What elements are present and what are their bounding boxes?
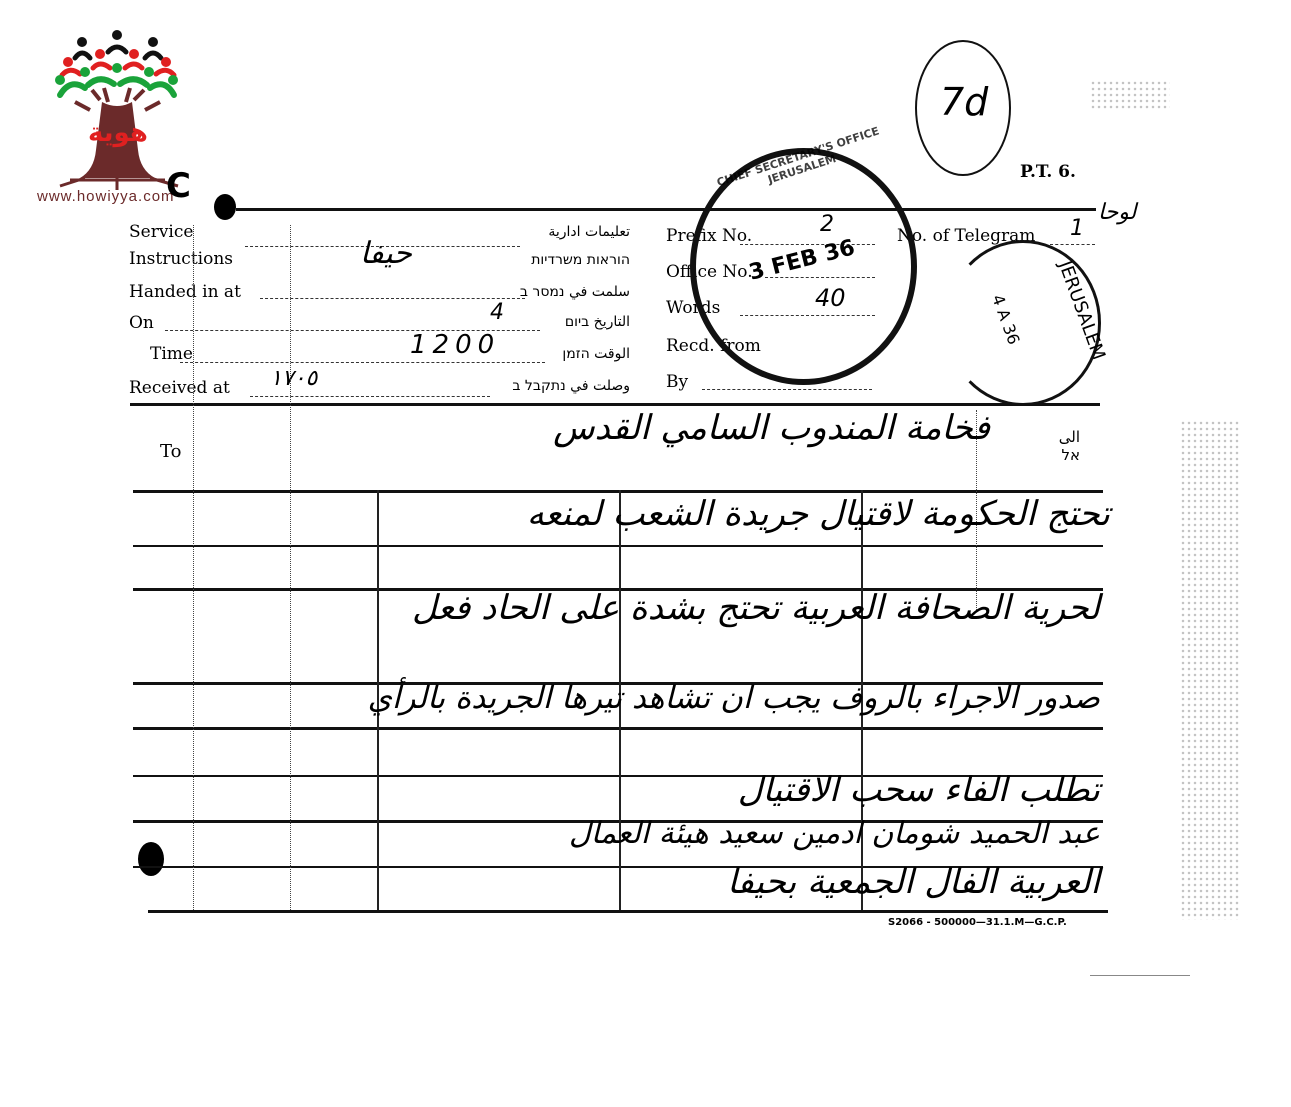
time-value: 1200 [410, 330, 500, 360]
message-line: عبد الحميد شومان ادمين سعيد هيئة العمال [230, 816, 1100, 851]
to-label: To [160, 441, 181, 462]
top-rule [236, 208, 1096, 211]
field-label-by: By [666, 372, 688, 392]
instructions-value: حيفا [360, 236, 412, 271]
field-rtl-handed-in: سلمت في נמסר ב [510, 284, 630, 300]
to-value: فخامة المندوب السامي القدس [300, 408, 990, 448]
corner-mark: C [166, 166, 191, 206]
received-value: ١٧٠٥ [270, 366, 317, 391]
field-rtl-instructions: הוראות משרדיות [510, 252, 630, 268]
on-value: 4 [490, 300, 504, 325]
message-line: تطلب الفاء سحب الاقتيال [560, 770, 1100, 810]
logo-arabic-name: هوية [88, 118, 148, 148]
field-label-instructions: Instructions [129, 249, 233, 269]
handed-in-line[interactable] [260, 298, 525, 299]
field-label-service: Service [129, 222, 193, 242]
message-line: تحتج الحكومة لاقتيال جريدة الشعب لمنعه [250, 494, 1110, 534]
to-label-rtl: الى אל [1040, 428, 1080, 464]
print-code: S2066 - 500000—31.1.M—G.C.P. [888, 917, 1067, 928]
scan-edge [1090, 975, 1190, 976]
punch-hole [138, 842, 164, 876]
logo-url[interactable]: www.howiyya.com [37, 188, 175, 205]
row-rule [133, 727, 1103, 730]
field-rtl-on: التاريخ ביום [530, 314, 630, 330]
message-line: لحرية الصحافة العربية تحتج بشدة على الحا… [180, 588, 1100, 628]
scan-noise [1090, 80, 1170, 110]
field-rtl-time: الوقت הזמן [530, 346, 630, 362]
punch-hole [214, 194, 236, 220]
field-rtl-received: وصلت في נתקבל ב [490, 378, 630, 394]
field-label-time: Time [150, 344, 193, 364]
row-rule [133, 545, 1103, 547]
time-line[interactable] [180, 362, 545, 363]
field-label-received-at: Received at [129, 378, 230, 398]
stub-divider [193, 225, 194, 910]
scan-noise [1180, 420, 1240, 920]
telegram-no-line[interactable] [1050, 244, 1095, 245]
header-bottom-rule [130, 403, 1100, 406]
by-line[interactable] [702, 389, 872, 390]
telegram-no-value: 1 [1070, 216, 1084, 241]
field-label-handed-in: Handed in at [129, 282, 241, 302]
message-line: صدور الاجراء بالروف يجب ان تشاهد تيرها ا… [150, 680, 1100, 716]
message-line: العربية الفال الجمعية بحيفا [560, 862, 1100, 902]
received-line[interactable] [250, 396, 490, 397]
margin-note: لوحا [1098, 200, 1136, 225]
bottom-rule [148, 910, 1108, 913]
annotation-text: 7d [940, 80, 988, 124]
to-row-rule [133, 490, 1103, 493]
form-code: P.T. 6. [1020, 162, 1076, 182]
stub-divider [290, 225, 291, 910]
field-rtl-service: تعليمات ادارية [520, 224, 630, 240]
field-label-on: On [129, 313, 154, 333]
